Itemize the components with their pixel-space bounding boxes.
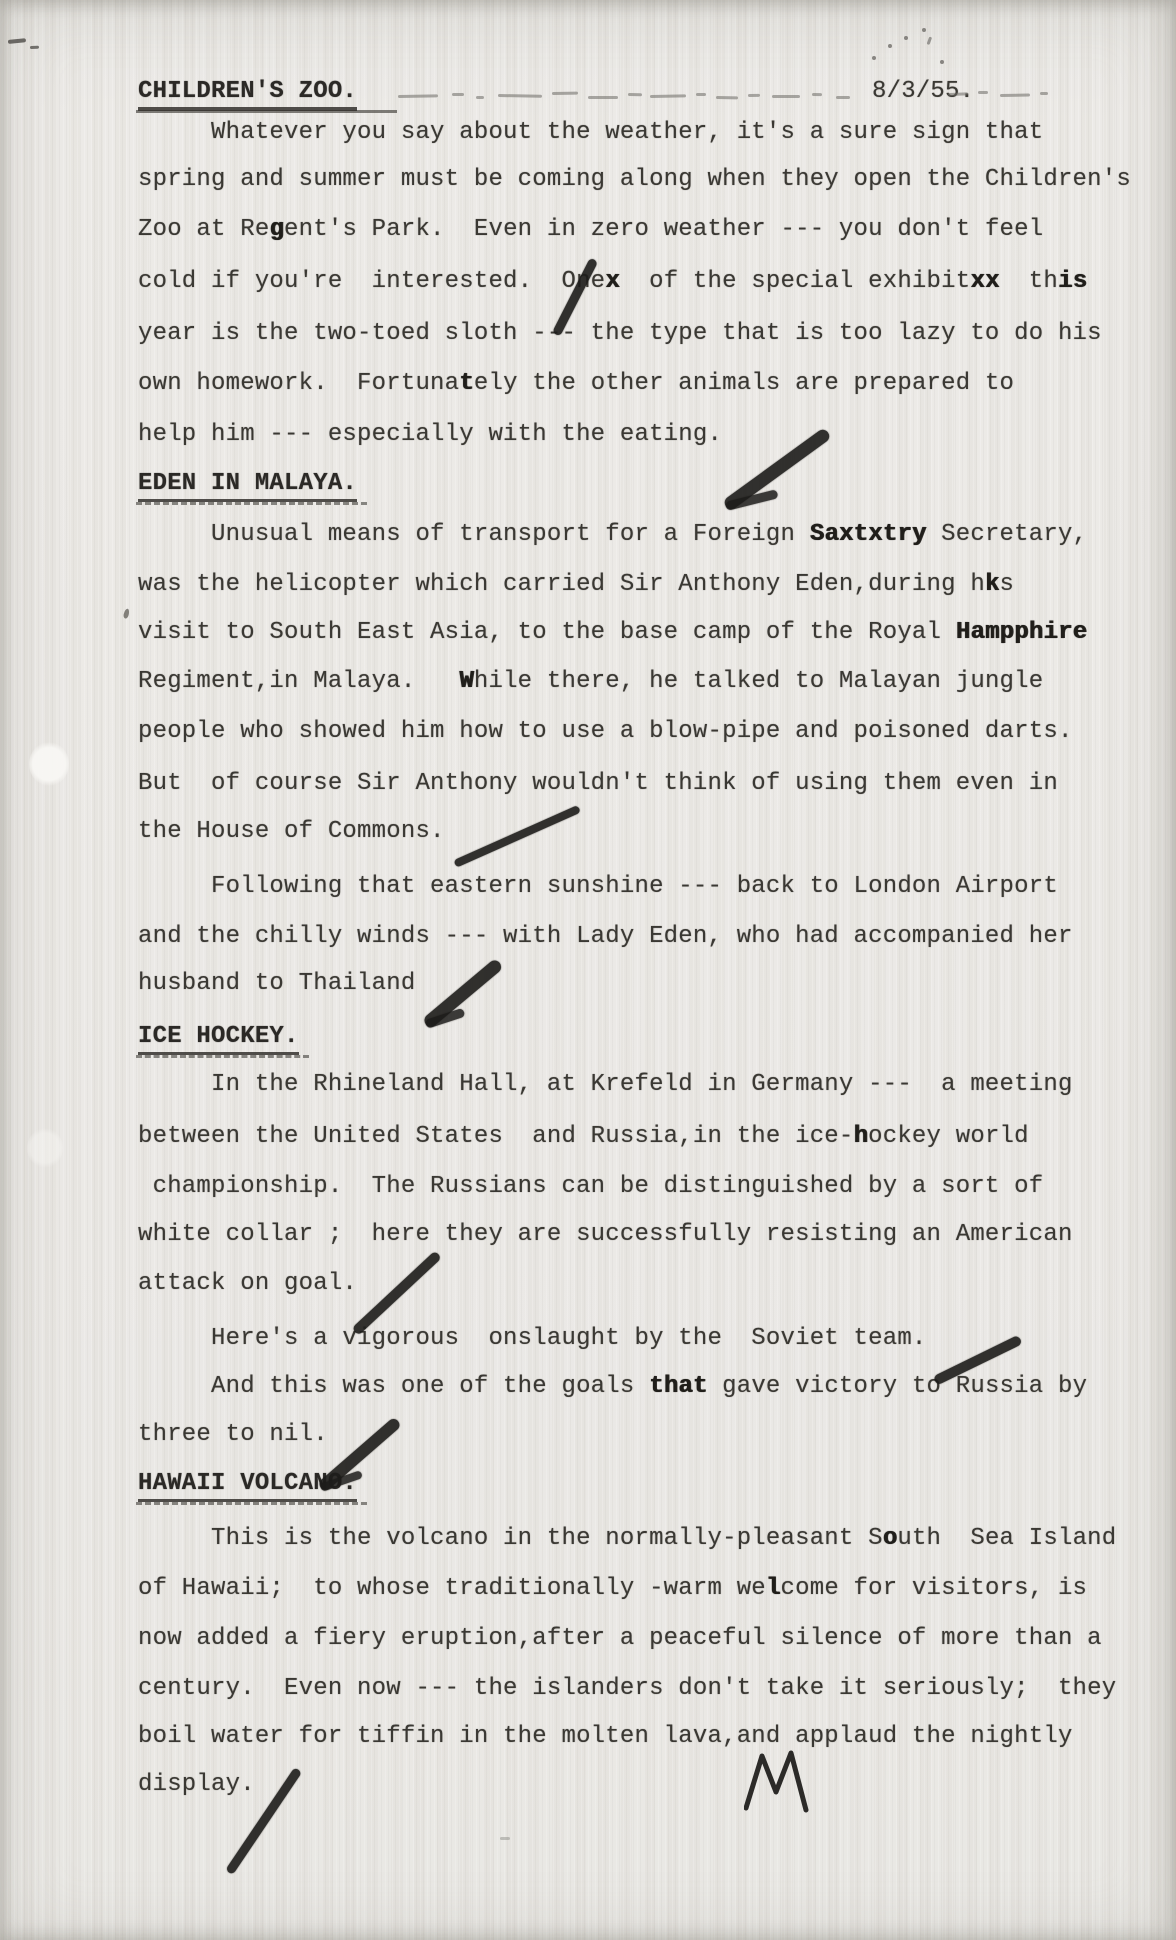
line-text: Regiment,in Malaya. While there, he talk…	[138, 668, 1043, 695]
line-text: cold if you're interested. Onex of the s…	[138, 268, 1087, 295]
text-segment: was the helicopter which carried Sir Ant…	[138, 571, 985, 598]
line-text: century. Even now --- the islanders don'…	[138, 1675, 1116, 1702]
overstruck-text: o	[883, 1525, 898, 1552]
text-segment: help him --- especially with the eating.	[138, 421, 722, 448]
overstruck-text: h	[854, 1123, 869, 1150]
line-text: year is the two-toed sloth --- the type …	[138, 320, 1102, 347]
pencil-dash	[978, 91, 988, 94]
pen-corner-dash	[30, 45, 39, 48]
pencil-dot	[940, 60, 944, 64]
text-segment: year is the two-toed sloth --- the type …	[138, 320, 1102, 347]
typed-line: In the Rhineland Hall, at Krefeld in Ger…	[138, 1073, 1073, 1097]
line-text: Following that eastern sunshine --- back…	[138, 873, 1058, 900]
text-segment: th	[1000, 268, 1058, 295]
text-segment: ICE HOCKEY.	[138, 1023, 299, 1050]
typed-line: and the chilly winds --- with Lady Eden,…	[138, 925, 1073, 949]
text-segment: In the Rhineland Hall, at Krefeld in Ger…	[138, 1071, 1073, 1098]
text-segment: Regiment,in Malaya.	[138, 668, 459, 695]
punch-hole	[29, 742, 69, 786]
typed-line: of Hawaii; to whose traditionally -warm …	[138, 1577, 1087, 1601]
section-heading: ICE HOCKEY.	[138, 1025, 299, 1055]
text-segment: between the United States and Russia,in …	[138, 1123, 854, 1150]
text-segment: Whatever you say about the weather, it's…	[138, 119, 1043, 146]
text-segment: century. Even now --- the islanders don'…	[138, 1675, 1116, 1702]
text-segment: gave victory to Russia by	[708, 1373, 1088, 1400]
typed-line: help him --- especially with the eating.	[138, 423, 722, 447]
typed-line: three to nil.	[138, 1423, 328, 1447]
typed-line: own homework. Fortunately the other anim…	[138, 372, 1014, 396]
text-segment: CHILDREN'S ZOO.	[138, 78, 357, 105]
ink-slash-after-commons	[453, 805, 580, 868]
pencil-dash	[812, 93, 822, 96]
handwritten-letter-m	[744, 1750, 810, 1814]
pencil-dash	[398, 94, 438, 98]
line-text: In the Rhineland Hall, at Krefeld in Ger…	[138, 1071, 1073, 1098]
text-segment: Zoo at Re	[138, 216, 269, 243]
line-text: husband to Thailand	[138, 970, 415, 997]
typed-line: people who showed him how to use a blow-…	[138, 720, 1073, 744]
typed-line: But of course Sir Anthony wouldn't think…	[138, 772, 1058, 796]
pencil-dash	[500, 1837, 510, 1840]
text-segment: three to nil.	[138, 1421, 328, 1448]
pencil-dash	[1000, 93, 1030, 97]
typed-line: boil water for tiffin in the molten lava…	[138, 1725, 1073, 1749]
text-segment: championship. The Russians can be distin…	[138, 1173, 1043, 1200]
line-text: Here's a vigorous onslaught by the Sovie…	[138, 1325, 927, 1352]
pencil-dash	[772, 95, 800, 98]
line-text: own homework. Fortunately the other anim…	[138, 370, 1014, 397]
text-segment: ockey world	[868, 1123, 1029, 1150]
line-text: of Hawaii; to whose traditionally -warm …	[138, 1575, 1087, 1602]
typed-line: Regiment,in Malaya. While there, he talk…	[138, 670, 1043, 694]
line-text: ICE HOCKEY.	[138, 1025, 299, 1055]
line-text: championship. The Russians can be distin…	[138, 1173, 1043, 1200]
text-segment: ely the other animals are prepared to	[474, 370, 1014, 397]
line-text: between the United States and Russia,in …	[138, 1123, 1029, 1150]
pencil-dash	[628, 93, 642, 96]
text-segment: visit to South East Asia, to the base ca…	[138, 619, 956, 646]
line-text: This is the volcano in the normally-plea…	[138, 1525, 1116, 1552]
pencil-dash	[748, 93, 760, 96]
text-segment: uth Sea Island	[897, 1525, 1116, 1552]
overstruck-text: t	[459, 370, 474, 397]
ink-slash-after-goal	[352, 1251, 442, 1336]
pencil-dash	[650, 94, 686, 98]
text-segment: hile there, he talked to Malayan jungle	[474, 668, 1044, 695]
overstruck-text: g	[269, 216, 284, 243]
section-heading: CHILDREN'S ZOO.	[138, 80, 357, 111]
document-page: CHILDREN'S ZOO.8/3/55. Whatever you say …	[0, 0, 1176, 1940]
line-text: was the helicopter which carried Sir Ant…	[138, 571, 1014, 598]
pencil-dot	[922, 28, 926, 32]
text-segment: Secretary,	[927, 521, 1088, 548]
overstruck-text: Saxtxtry	[810, 521, 927, 548]
line-text: people who showed him how to use a blow-…	[138, 718, 1073, 745]
typed-line: attack on goal.	[138, 1272, 357, 1296]
text-segment: Here's a vigorous onslaught by the Sovie…	[138, 1325, 927, 1352]
stray-comma-mark	[123, 608, 130, 619]
line-text: EDEN IN MALAYA.	[138, 472, 357, 502]
typed-line: century. Even now --- the islanders don'…	[138, 1677, 1116, 1701]
punch-hole	[27, 1128, 63, 1168]
pencil-dot	[872, 56, 876, 60]
line-text: help him --- especially with the eating.	[138, 421, 722, 448]
overstruck-text: W	[459, 668, 474, 695]
overstruck-text: Hampphire	[956, 619, 1087, 646]
pencil-dash	[948, 92, 968, 96]
line-text: spring and summer must be coming along w…	[138, 166, 1131, 193]
text-segment: EDEN IN MALAYA.	[138, 470, 357, 497]
text-segment: And this was one of the goals	[138, 1373, 649, 1400]
line-text: Whatever you say about the weather, it's…	[138, 119, 1043, 146]
typed-line: Unusual means of transport for a Foreign…	[138, 523, 1087, 547]
text-segment: own homework. Fortuna	[138, 370, 459, 397]
text-segment: of Hawaii; to whose traditionally -warm …	[138, 1575, 766, 1602]
overstruck-text: that	[649, 1373, 707, 1400]
line-text: CHILDREN'S ZOO.	[138, 80, 357, 111]
text-segment: attack on goal.	[138, 1270, 357, 1297]
text-segment: This is the volcano in the normally-plea…	[138, 1525, 883, 1552]
pencil-dash	[588, 96, 618, 99]
pencil-dash	[927, 36, 933, 45]
line-text: display.	[138, 1771, 255, 1798]
typed-line: now added a fiery eruption,after a peace…	[138, 1627, 1102, 1651]
typed-line: white collar ; here they are successfull…	[138, 1223, 1073, 1247]
overstruck-text: x	[605, 268, 620, 295]
line-text: Unusual means of transport for a Foreign…	[138, 521, 1087, 548]
text-segment: But of course Sir Anthony wouldn't think…	[138, 770, 1058, 797]
pencil-dash	[476, 96, 484, 99]
text-segment: Following that eastern sunshine --- back…	[138, 873, 1058, 900]
line-text: the House of Commons.	[138, 818, 445, 845]
text-segment: cold if you're interested. One	[138, 268, 605, 295]
typed-line: Here's a vigorous onslaught by the Sovie…	[138, 1327, 927, 1351]
typed-line: championship. The Russians can be distin…	[138, 1175, 1043, 1199]
text-segment: Unusual means of transport for a Foreign	[138, 521, 810, 548]
typed-line: Whatever you say about the weather, it's…	[138, 121, 1043, 145]
text-segment: come for visitors, is	[781, 1575, 1088, 1602]
typed-line: visit to South East Asia, to the base ca…	[138, 621, 1087, 645]
line-text: attack on goal.	[138, 1270, 357, 1297]
typed-line: was the helicopter which carried Sir Ant…	[138, 573, 1014, 597]
line-text: But of course Sir Anthony wouldn't think…	[138, 770, 1058, 797]
text-segment: s	[1000, 571, 1015, 598]
typed-line: display.	[138, 1773, 255, 1797]
overstruck-text: xx	[970, 268, 999, 295]
text-segment: people who showed him how to use a blow-…	[138, 718, 1073, 745]
text-segment: the House of Commons.	[138, 818, 445, 845]
text-segment: spring and summer must be coming along w…	[138, 166, 1131, 193]
typed-line: Zoo at Regent's Park. Even in zero weath…	[138, 218, 1043, 242]
pencil-dot	[904, 36, 908, 40]
overstruck-text: k	[985, 571, 1000, 598]
pen-corner-dash	[8, 38, 26, 44]
text-segment: display.	[138, 1771, 255, 1798]
typed-line: spring and summer must be coming along w…	[138, 168, 1131, 192]
typed-line: year is the two-toed sloth --- the type …	[138, 322, 1102, 346]
pencil-dash	[498, 94, 542, 98]
pencil-dash	[552, 91, 578, 94]
section-heading: EDEN IN MALAYA.	[138, 472, 357, 502]
text-segment: boil water for tiffin in the molten lava…	[138, 1723, 1073, 1750]
text-segment: of the special exhibit	[620, 268, 970, 295]
typed-line: cold if you're interested. Onex of the s…	[138, 270, 1087, 294]
typed-line: This is the volcano in the normally-plea…	[138, 1527, 1116, 1551]
pencil-dash	[716, 96, 738, 99]
text-segment: now added a fiery eruption,after a peace…	[138, 1625, 1102, 1652]
overstruck-text: is	[1058, 268, 1087, 295]
line-text: and the chilly winds --- with Lady Eden,…	[138, 923, 1073, 950]
line-text: now added a fiery eruption,after a peace…	[138, 1625, 1102, 1652]
line-text: Zoo at Regent's Park. Even in zero weath…	[138, 216, 1043, 243]
typed-line: Following that eastern sunshine --- back…	[138, 875, 1058, 899]
pencil-dot	[888, 44, 892, 48]
pencil-dash	[1040, 92, 1048, 95]
text-segment: husband to Thailand	[138, 970, 415, 997]
line-text: three to nil.	[138, 1421, 328, 1448]
pencil-dash	[452, 93, 464, 96]
pencil-dash	[696, 93, 706, 96]
text-segment: white collar ; here they are successfull…	[138, 1221, 1073, 1248]
text-segment: and the chilly winds --- with Lady Eden,…	[138, 923, 1073, 950]
text-segment: ent's Park. Even in zero weather --- you…	[284, 216, 1043, 243]
typed-line: the House of Commons.	[138, 820, 445, 844]
pencil-dash	[836, 96, 850, 99]
overstruck-text: l	[766, 1575, 781, 1602]
typed-line: between the United States and Russia,in …	[138, 1125, 1029, 1149]
line-text: 8/3/55.	[872, 78, 974, 105]
line-text: white collar ; here they are successfull…	[138, 1221, 1073, 1248]
line-text: boil water for tiffin in the molten lava…	[138, 1723, 1073, 1750]
line-text: visit to South East Asia, to the base ca…	[138, 619, 1087, 646]
typed-line: husband to Thailand	[138, 972, 415, 996]
text-segment: 8/3/55.	[872, 78, 974, 105]
